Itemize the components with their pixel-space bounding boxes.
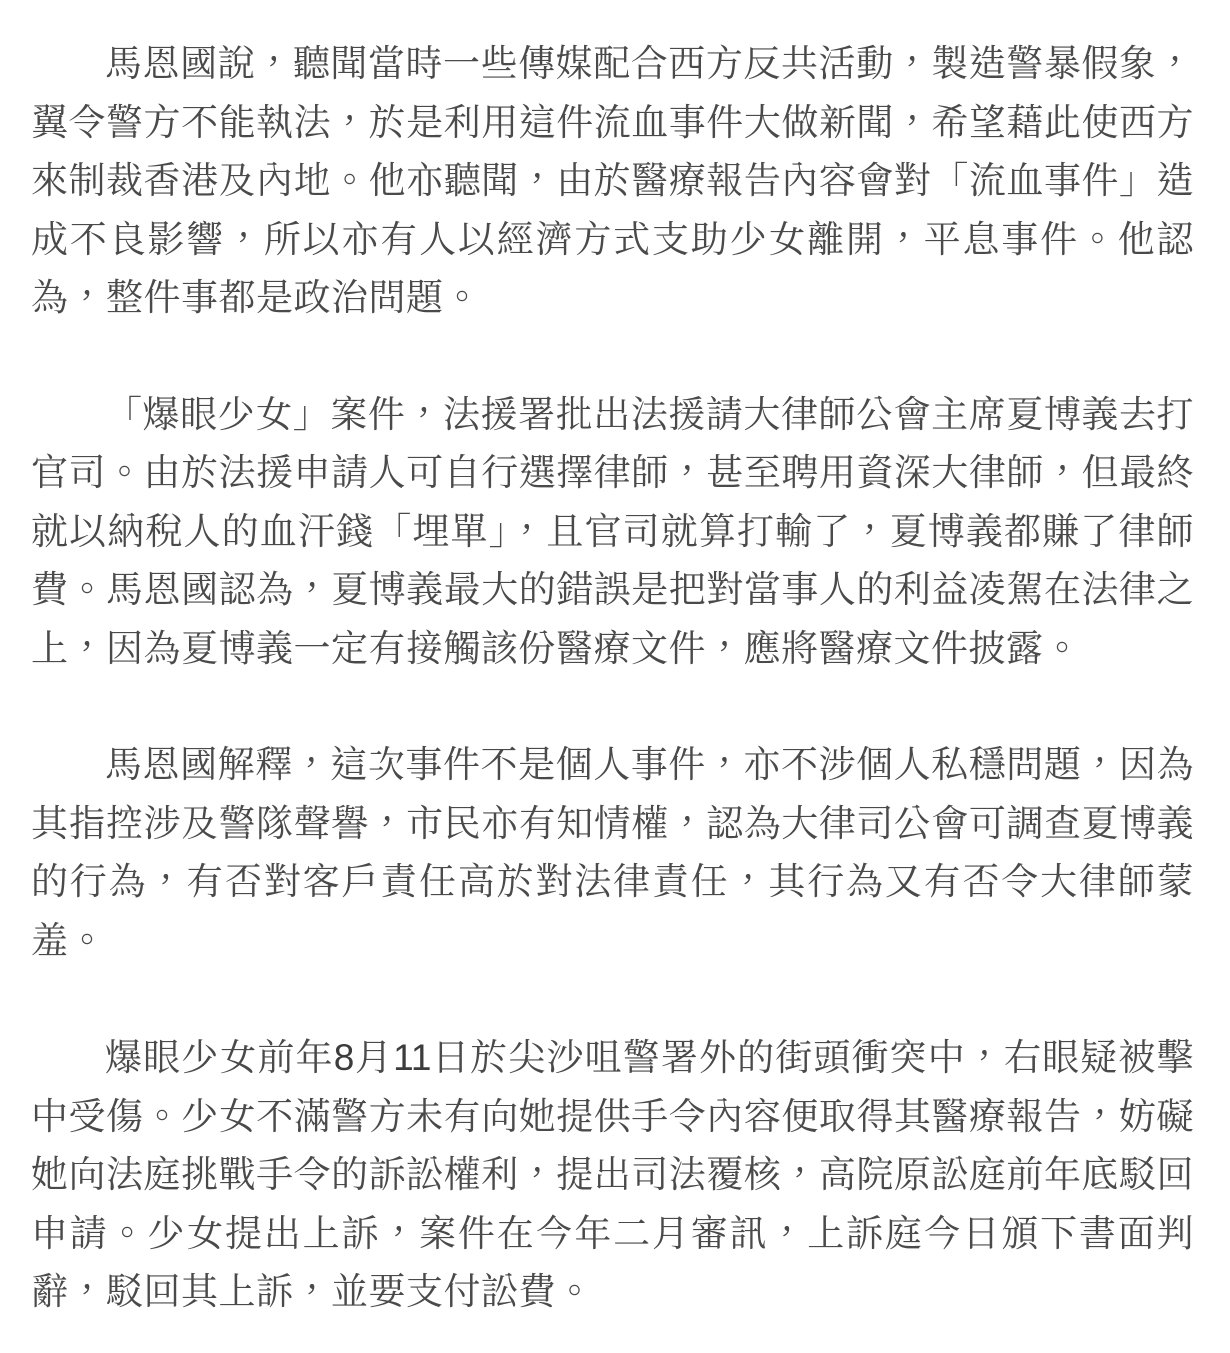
paragraph-3: 馬恩國解釋，這次事件不是個人事件，亦不涉個人私穩問題，因為其指控涉及警隊聲譽，市…	[31, 737, 1194, 971]
numeral: 11	[393, 1037, 431, 1078]
paragraph-1: 馬恩國說，聽聞當時一些傳媒配合西方反共活動，製造警暴假象，翼令警方不能執法，於是…	[31, 36, 1194, 329]
numeral: 8	[334, 1037, 355, 1078]
paragraph-2: 「爆眼少女」案件，法援署批出法援請大律師公會主席夏博義去打官司。由於法援申請人可…	[31, 387, 1194, 680]
paragraph-4: 爆眼少女前年8月11日於尖沙咀警署外的街頭衝突中，右眼疑被擊中受傷。少女不滿警方…	[31, 1029, 1194, 1323]
article-body: 馬恩國說，聽聞當時一些傳媒配合西方反共活動，製造警暴假象，翼令警方不能執法，於是…	[0, 0, 1230, 1353]
